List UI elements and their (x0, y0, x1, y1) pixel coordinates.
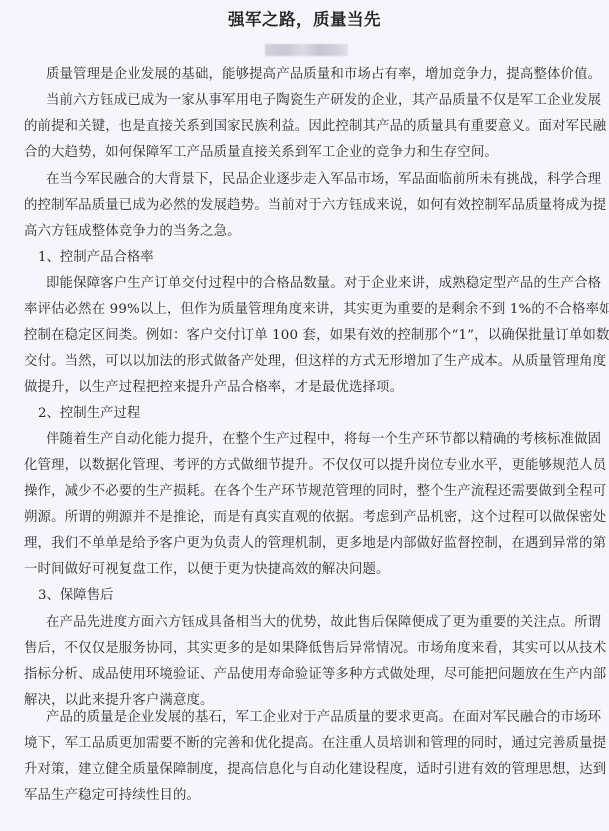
paragraph-line: 境下，军工品质更加需要不断的完善和优化提高。在注重人员培训和管理的同时，通过完善… (24, 735, 590, 753)
paragraph-line: 售后，不仅仅是服务协同，其实更多的是如果降低售后异常情况。市场角度来看，其实可以… (24, 640, 590, 658)
paragraph-line: 的控制军品质量已成为必然的发展趋势。当前对于六方钰成来说，如何有效控制军品质量将… (24, 197, 590, 215)
author-redacted (265, 44, 348, 56)
paragraph-line: 合的大趋势，如何保障军工产品质量直接关系到军工企业的竞争力和生存空间。 (24, 144, 590, 162)
paragraph-line: 指标分析、成品使用环境验证、产品使用寿命验证等多种方式做处理，尽可能把问题放在生… (24, 666, 590, 684)
paragraph-line: 在当今军民融合的大背景下，民品企业逐步走入军品市场，军品面临前所未有挑战，科学合… (46, 171, 590, 189)
document-page: 强军之路，质量当先 质量管理是企业发展的基础，能够提高产品质量和市场占有率，增加… (0, 0, 609, 831)
paragraph-line: 伴随着生产自动化能力提升，在整个生产过程中，将每一个生产环节都以精确的考核标准做… (46, 431, 590, 449)
paragraph-line: 质量管理是企业发展的基础，能够提高产品质量和市场占有率，增加竞争力，提高整体价值… (46, 66, 590, 84)
paragraph-line: 高六方钰成整体竞争力的当务之急。 (24, 223, 590, 241)
paragraph-line: 朔源。所谓的朔源并不是推论，而是有真实直观的依据。考虑到产品机密，这个过程可以做… (24, 509, 590, 527)
paragraph-line: 军品生产稳定可持续性目的。 (24, 787, 590, 805)
paragraph-line: 交付。当然，可以以加法的形式做备产处理，但这样的方式无形增加了生产成本。从质量管… (24, 353, 590, 371)
paragraph-line: 的前提和关键，也是直接关系到国家民族利益。因此控制其产品的质量具有重要意义。面对… (24, 118, 590, 136)
paragraph-line: 操作，减少不必要的生产损耗。在各个生产环节规范管理的同时，整个生产流程还需要做到… (24, 483, 590, 501)
document-title: 强军之路，质量当先 (0, 6, 609, 30)
paragraph-line: 率评估必然在 99%以上，但作为质量管理角度来讲，其实更为重要的是剩余不到 1%… (24, 301, 590, 319)
paragraph-line: 即能保障客户生产订单交付过程中的合格品数量。对于企业来讲，成熟稳定型产品的生产合… (46, 275, 590, 293)
section-heading: 2、控制生产过程 (38, 405, 140, 423)
section-heading: 3、保障售后 (38, 587, 113, 605)
paragraph-line: 一时间做好可视复盘工作，以便于更为快捷高效的解决问题。 (24, 561, 590, 579)
paragraph-line: 当前六方钰成已成为一家从事军用电子陶瓷生产研发的企业，其产品质量不仅是军工企业发… (46, 92, 590, 110)
paragraph-line: 升对策，建立健全质量保障制度，提高信息化与自动化建设程度，适时引进有效的管理思想… (24, 761, 590, 779)
paragraph-line: 做提升，以生产过程把控来提升产品合格率，才是最优选择项。 (24, 379, 590, 397)
paragraph-line: 理，我们不单单是给予客户更为负责人的管理机制，更多地是内部做好监督控制，在遇到异… (24, 535, 590, 553)
section-heading: 1、控制产品合格率 (38, 249, 154, 267)
paragraph-line: 化管理，以数据化管理、考评的方式做细节提升。不仅仅可以提升岗位专业水平，更能够规… (24, 457, 590, 475)
paragraph-line: 解决，以此来提升客户满意度。 (24, 692, 590, 710)
paragraph-line: 产品的质量是企业发展的基石，军工企业对于产品质量的要求更高。在面对军民融合的市场… (46, 709, 590, 727)
paragraph-line: 控制在稳定区间类。例如：客户交付订单 100 套，如果有效的控制那个“1”，以确… (24, 327, 590, 345)
paragraph-line: 在产品先进度方面六方钰成具备相当大的优势，故此售后保障便成了更为重要的关注点。所… (46, 614, 590, 632)
